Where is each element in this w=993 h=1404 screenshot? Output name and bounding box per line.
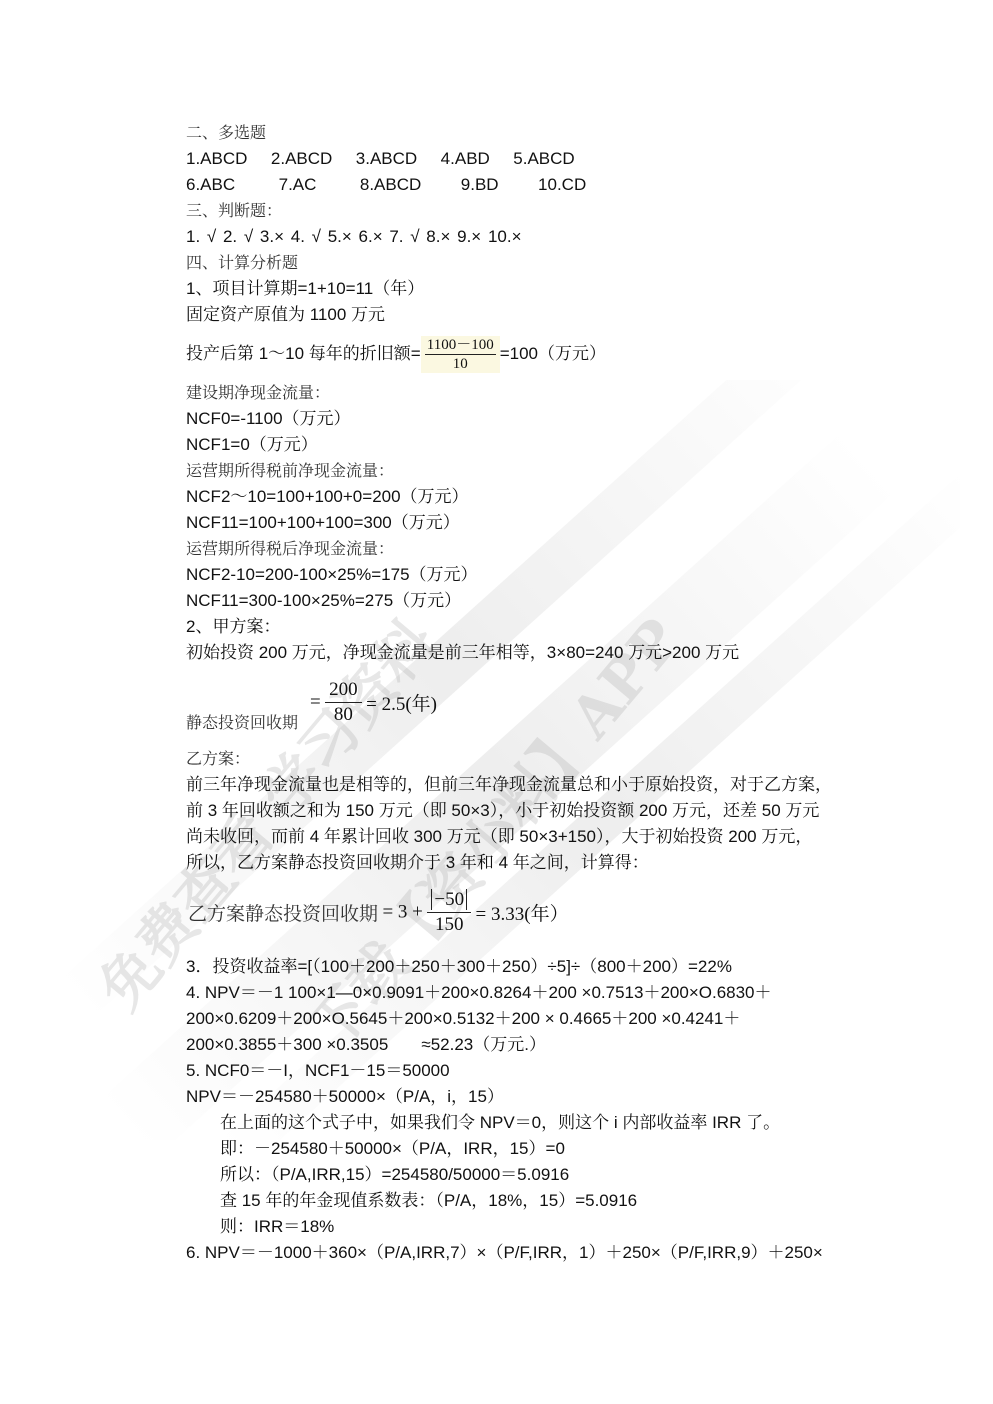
fraction-denominator: 150 (427, 913, 471, 937)
true-false-answers: 1. √ 2. √ 3.× 4. √ 5.× 6.× 7. √ 8.× 9.× … (186, 226, 522, 248)
abs-value: −50 (431, 889, 467, 910)
depreciation-fraction: 1100－10010 (421, 336, 500, 373)
q1-depreciation: 投产后第 1～10 每年的折旧额=1100－10010=100（万元） (186, 334, 606, 374)
payback-result-b: = 3.33(年） (476, 904, 569, 925)
ncf0: NCF0=-1100（万元） (186, 408, 351, 430)
multi-choice-row-2: 6.ABC 7.AC 8.ABCD 9.BD 10.CD (186, 174, 586, 196)
fraction-numerator: −50 (427, 888, 471, 913)
depreciation-label: 投产后第 1～10 每年的折旧额= (186, 344, 421, 363)
multi-choice-heading: 二、多选题 (186, 122, 266, 144)
aftertax-ncf-2: NCF11=300-100×25%=275（万元） (186, 590, 461, 612)
payback-label: 静态投资回收期 (186, 712, 298, 734)
plan-b-para-2: 前 3 年回收额之和为 150 万元（即 50×3），小于初始投资额 200 万… (186, 800, 819, 822)
q1-line-1: 1、项目计算期=1+10=11（年） (186, 278, 424, 300)
answer-9: 9.BD (461, 175, 499, 194)
multi-choice-row-1: 1.ABCD 2.ABCD 3.ABCD 4.ABD 5.ABCD (186, 148, 575, 170)
fraction-numerator: 1100－100 (425, 336, 496, 355)
payback-result-a: = 2.5(年) (366, 694, 437, 715)
fraction-denominator: 80 (325, 703, 362, 727)
q6-line: 6. NPV＝－1000＋360×（P/A,IRR,7）×（P/F,IRR，1）… (186, 1242, 823, 1264)
q5-line-7: 则：IRR＝18% (220, 1216, 334, 1238)
aftertax-heading: 运营期所得税后净现金流量： (186, 538, 394, 560)
payback-formula-b: 乙方案静态投资回收期 = 3 + −50150 = 3.33(年） (188, 888, 569, 937)
q5-line-2: NPV＝－254580＋50000×（P/A，i，15） (186, 1086, 504, 1108)
calc-heading: 四、计算分析题 (186, 252, 298, 274)
pretax-heading: 运营期所得税前净现金流量： (186, 460, 394, 482)
q5-line-4: 即：－254580＋50000×（P/A，IRR，15）=0 (220, 1138, 565, 1160)
answer-6: 6.ABC (186, 175, 235, 194)
answer-3: 3.ABCD (356, 149, 417, 168)
q5-line-5: 所以：（P/A,IRR,15）=254580/50000＝5.0916 (220, 1164, 569, 1186)
build-period-heading: 建设期净现金流量： (186, 382, 330, 404)
q4-line-2: 200×0.6209＋200×O.5645＋200×0.5132＋200 × 0… (186, 1008, 740, 1030)
payback-fraction-b: −50150 (427, 888, 471, 937)
document-page: 免费查看 学习资料 下载【资小料】APP 二、多选题 1.ABCD 2.ABCD… (0, 0, 993, 1404)
q2-heading: 2、甲方案： (186, 616, 280, 638)
fraction-denominator: 10 (425, 355, 496, 373)
plan-b-para-3: 尚未收回，而前 4 年累计回收 300 万元（即 50×3+150），大于初始投… (186, 826, 812, 848)
answer-10: 10.CD (538, 175, 586, 194)
answer-1: 1.ABCD (186, 149, 247, 168)
q4-line-3: 200×0.3855＋300 ×0.3505 ≈52.23（万元.） (186, 1034, 546, 1056)
formula-prefix: = 3 + (382, 902, 422, 923)
q5-line-3: 在上面的这个式子中，如果我们令 NPV＝0，则这个 i 内部收益率 IRR 了。 (220, 1112, 780, 1134)
plan-b-para-1: 前三年净现金流量也是相等的，但前三年净现金流量总和小于原始投资，对于乙方案， (186, 774, 832, 796)
equals-sign: = (310, 692, 321, 713)
answer-7: 7.AC (279, 175, 317, 194)
pretax-ncf-1: NCF2～10=100+100+0=200（万元） (186, 486, 469, 508)
q2-plan-a-desc: 初始投资 200 万元，净现金流量是前三年相等，3×80=240 万元>200 … (186, 642, 739, 664)
payback-label-b: 乙方案静态投资回收期 (188, 903, 378, 925)
q3-line: 3．投资收益率=[（100＋200＋250＋300＋250）÷5]÷（800＋2… (186, 956, 732, 978)
payback-fraction-a: 20080 (325, 678, 362, 727)
answer-8: 8.ABCD (360, 175, 421, 194)
true-false-heading: 三、判断题： (186, 200, 282, 222)
answer-5: 5.ABCD (513, 149, 574, 168)
depreciation-result: =100（万元） (500, 344, 606, 363)
payback-formula-a: = 20080 = 2.5(年) (310, 678, 437, 727)
fraction-numerator: 200 (325, 678, 362, 703)
q4-line-1: 4. NPV＝－1 100×1—0×0.9091＋200×0.8264＋200 … (186, 982, 772, 1004)
q1-line-2: 固定资产原值为 1100 万元 (186, 304, 385, 326)
plan-b-heading: 乙方案： (186, 748, 250, 770)
answer-2: 2.ABCD (271, 149, 332, 168)
plan-b-para-4: 所以，乙方案静态投资回收期介于 3 年和 4 年之间，计算得： (186, 852, 649, 874)
aftertax-ncf-1: NCF2-10=200-100×25%=175（万元） (186, 564, 478, 586)
pretax-ncf-2: NCF11=100+100+100=300（万元） (186, 512, 460, 534)
ncf1: NCF1=0（万元） (186, 434, 318, 456)
q5-line-1: 5. NCF0＝－I，NCF1－15＝50000 (186, 1060, 450, 1082)
answer-4: 4.ABD (441, 149, 490, 168)
q5-line-6: 查 15 年的年金现值系数表：（P/A，18%，15）=5.0916 (220, 1190, 637, 1212)
